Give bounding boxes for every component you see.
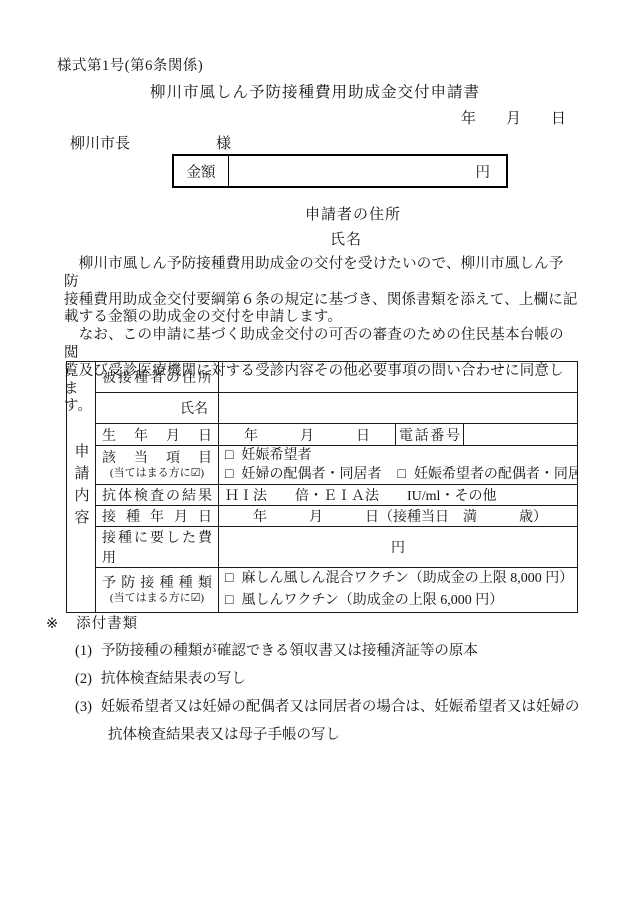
vaccine-type-options: □麻しん風しん混合ワクチン（助成金の上限 8,000 円） □風しんワクチン（助… <box>219 568 578 613</box>
antibody-test-field[interactable]: ＨＩ法 倍・ＥＩＡ法 IU/ml・その他 <box>219 485 578 506</box>
table-row: 申請内容 被接種者の住所 <box>67 362 578 393</box>
amount-box: 金額 円 <box>172 154 508 188</box>
recipient-address-field[interactable] <box>219 362 578 393</box>
application-details-table: 申請内容 被接種者の住所 氏名 生年月日 年 月 日 電話番号 該当項目 (当て… <box>66 361 578 613</box>
applicant-address-label: 申請者の住所 <box>305 203 401 224</box>
item-number: (1) <box>75 643 92 659</box>
phone-number-label: 電話番号 <box>396 424 464 446</box>
applicable-item-options: □妊娠希望者 □妊婦の配偶者・同居者□妊娠希望者の配偶者・同居者 <box>219 446 578 485</box>
mr-vaccine-option-label: 麻しん風しん混合ワクチン（助成金の上限 8,000 円） <box>241 571 573 586</box>
cost-label: 接種に要した費用 <box>96 527 219 568</box>
spouse-of-hopeful-option-label: 妊娠希望者の配偶者・同居者 <box>414 467 578 482</box>
date-field[interactable]: 年 月 日 <box>461 107 566 128</box>
applicable-item-sublabel: (当てはまる方に☑) <box>102 467 212 480</box>
recipient-name-field[interactable] <box>219 393 578 424</box>
reference-mark-icon: ※ <box>46 616 58 632</box>
antibody-test-label: 抗体検査の結果 <box>96 485 219 506</box>
rubella-vaccine-option-label: 風しんワクチン（助成金の上限 6,000 円） <box>241 593 503 608</box>
attachments-section: ※添付書類 (1)予防接種の種類が確認できる領収書又は接種済証等の原本 (2)抗… <box>46 612 586 745</box>
attachments-header: ※添付書類 <box>46 612 586 633</box>
applicable-item-label-text: 該当項目 <box>102 451 212 467</box>
vaccination-date-label: 接種年月日 <box>96 506 219 527</box>
vaccination-date-field[interactable]: 年 月 日（接種当日 満 歳） <box>219 506 578 527</box>
table-row: 氏名 <box>67 393 578 424</box>
vaccine-type-label-text: 予防接種種類 <box>102 576 212 592</box>
recipient-address-label: 被接種者の住所 <box>96 362 219 393</box>
attachments-heading: 添付書類 <box>76 616 138 632</box>
vaccine-type-sublabel: (当てはまる方に☑) <box>102 592 212 605</box>
list-item: (3)妊娠希望者又は妊婦の配偶者又は同居者の場合は、妊娠希望者又は妊婦の <box>75 698 586 717</box>
table-row: 接種年月日 年 月 日（接種当日 満 歳） <box>67 506 578 527</box>
body-line: 載する金額の助成金の交付を申請します。 <box>64 309 578 327</box>
side-label-text: 申請内容 <box>71 443 92 531</box>
vaccine-type-label: 予防接種種類 (当てはまる方に☑) <box>96 568 219 613</box>
table-row: 生年月日 年 月 日 電話番号 <box>67 424 578 446</box>
item-text-continuation: 抗体検査結果表又は母子手帳の写し <box>108 726 586 745</box>
birth-date-label: 生年月日 <box>96 424 219 446</box>
page-title: 柳川市風しん予防接種費用助成金交付申請書 <box>0 80 630 102</box>
item-text: 抗体検査結果表の写し <box>101 671 246 687</box>
item-number: (3) <box>75 699 92 715</box>
applicable-item-label: 該当項目 (当てはまる方に☑) <box>96 446 219 485</box>
spouse-of-hopeful-checkbox[interactable]: □ <box>397 465 405 484</box>
honorific: 様 <box>216 136 231 152</box>
applicant-name-label: 氏名 <box>330 228 362 249</box>
list-item: (2)抗体検査結果表の写し <box>75 670 586 689</box>
amount-input-area[interactable]: 円 <box>229 156 506 186</box>
spouse-of-pregnant-checkbox[interactable]: □ <box>225 465 233 484</box>
amount-label: 金額 <box>174 156 229 186</box>
spouse-of-pregnant-option-label: 妊婦の配偶者・同居者 <box>241 467 381 482</box>
application-contents-side-label: 申請内容 <box>67 362 96 613</box>
recipient-name-label: 氏名 <box>96 393 219 424</box>
list-item: (1)予防接種の種類が確認できる領収書又は接種済証等の原本 <box>75 642 586 661</box>
addressee: 柳川市長 <box>70 136 130 152</box>
addressee-line: 柳川市長様 <box>70 132 231 153</box>
item-number: (2) <box>75 671 92 687</box>
document-page: 様式第1号(第6条関係) 柳川市風しん予防接種費用助成金交付申請書 年 月 日 … <box>0 0 630 903</box>
birth-date-field[interactable]: 年 月 日 <box>219 424 396 446</box>
phone-number-field[interactable] <box>464 424 578 446</box>
mr-vaccine-checkbox[interactable]: □ <box>225 568 233 590</box>
cost-field[interactable]: 円 <box>219 527 578 568</box>
table-row: 抗体検査の結果 ＨＩ法 倍・ＥＩＡ法 IU/ml・その他 <box>67 485 578 506</box>
form-number: 様式第1号(第6条関係) <box>57 54 203 75</box>
pregnancy-hopeful-option-label: 妊娠希望者 <box>241 448 311 463</box>
body-line: 接種費用助成金交付要綱第６条の規定に基づき、関係書類を添えて、上欄に記 <box>64 292 578 310</box>
amount-unit: 円 <box>476 161 491 182</box>
table-row: 該当項目 (当てはまる方に☑) □妊娠希望者 □妊婦の配偶者・同居者□妊娠希望者… <box>67 446 578 485</box>
body-line: 柳川市風しん予防接種費用助成金の交付を受けたいので、柳川市風しん予防 <box>64 256 578 292</box>
item-text: 妊娠希望者又は妊婦の配偶者又は同居者の場合は、妊娠希望者又は妊婦の <box>101 699 580 715</box>
item-text: 予防接種の種類が確認できる領収書又は接種済証等の原本 <box>101 643 478 659</box>
table-row: 予防接種種類 (当てはまる方に☑) □麻しん風しん混合ワクチン（助成金の上限 8… <box>67 568 578 613</box>
body-line: なお、この申請に基づく助成金交付の可否の審査のための住民基本台帳の閲 <box>64 327 578 363</box>
pregnancy-hopeful-checkbox[interactable]: □ <box>225 446 233 465</box>
table-row: 接種に要した費用 円 <box>67 527 578 568</box>
rubella-vaccine-checkbox[interactable]: □ <box>225 590 233 612</box>
